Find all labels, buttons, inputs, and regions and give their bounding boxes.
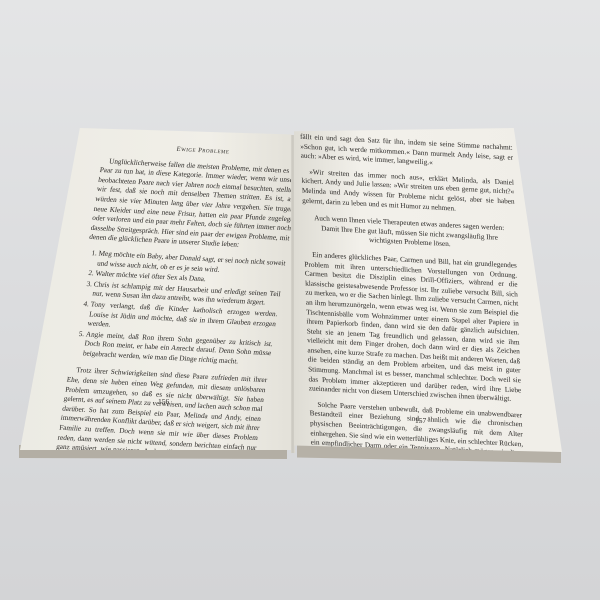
second-paragraph: »Wir streiten das immer noch aus«, erklä… <box>301 167 515 216</box>
third-paragraph: Ein anderes glückliches Paar, Carmen und… <box>304 250 522 405</box>
fourth-paragraph: Solche Paare verstehen unbewußt, daß Pro… <box>309 400 524 452</box>
open-book: Ewige Probleme Unglücklicherweise fallen… <box>0 0 600 600</box>
centered-statement: Auch wenn Ihnen viele Therapeuten etwas … <box>309 214 511 253</box>
problem-list: Meg möchte ein Baby, aber Donald sagt, e… <box>70 249 286 369</box>
left-page: Ewige Probleme Unglücklicherweise fallen… <box>20 128 292 450</box>
opening-paragraph: fällt ein und sagt den Satz für ihn, ind… <box>300 133 514 173</box>
right-page: fällt ein und sagt den Satz für ihn, ind… <box>294 128 562 452</box>
intro-paragraph: Unglücklicherweise fallen die meisten Pr… <box>88 157 292 254</box>
page-number-left: 156 <box>158 397 169 406</box>
closing-paragraph: Trotz ihrer Schwierigkeiten sind diese P… <box>54 366 268 450</box>
right-page-text: fällt ein und sagt den Satz für ihn, ind… <box>300 133 524 452</box>
page-number-right: 157 <box>415 416 426 425</box>
left-page-text: Ewige Probleme Unglücklicherweise fallen… <box>53 141 292 450</box>
